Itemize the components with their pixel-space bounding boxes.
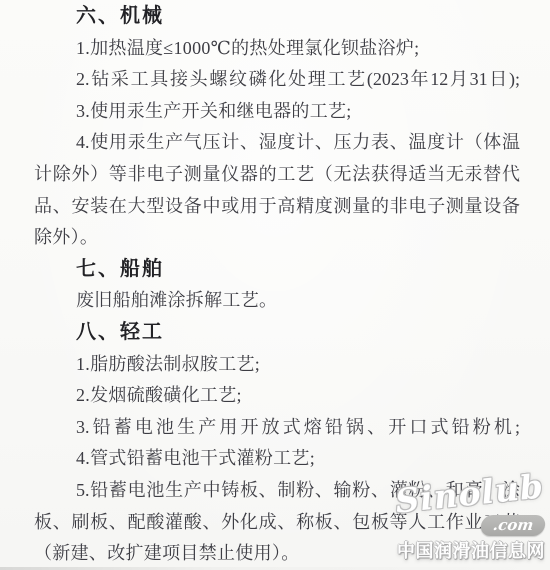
section-heading: 六、机械: [34, 1, 520, 33]
document-line: 2.发烟硫酸磺化工艺;: [34, 380, 520, 412]
document-line: 2.钻采工具接头螺纹磷化处理工艺(2023年12月31日);: [34, 64, 520, 96]
document-line: 板、刷板、配酸灌酸、外化成、称板、包板等人工作业工艺: [34, 507, 520, 539]
document-line: 计除外）等非电子测量仪器的工艺（无法获得适当无汞替代: [34, 159, 520, 191]
section-heading: 七、船舶: [34, 254, 520, 286]
document-line: 4.使用汞生产气压计、湿度计、压力表、温度计（体温: [34, 127, 520, 159]
document-line: 4.管式铅蓄电池干式灌粉工艺;: [34, 443, 520, 475]
document-line: 3.使用汞生产开关和继电器的工艺;: [34, 96, 520, 128]
section-heading: 八、轻工: [34, 317, 520, 349]
document-page: 六、机械1.加热温度≤1000℃的热处理氯化钡盐浴炉;2.钻采工具接头螺纹磷化处…: [0, 0, 550, 570]
document-line: 3.铅蓄电池生产用开放式熔铅锅、开口式铅粉机;: [34, 412, 520, 444]
document-line: 1.加热温度≤1000℃的热处理氯化钡盐浴炉;: [34, 33, 520, 65]
document-line: 废旧船舶滩涂拆解工艺。: [34, 285, 520, 317]
document-line: 5.铅蓄电池生产中铸板、制粉、输粉、灌粉、和膏、涂: [34, 475, 520, 507]
document-line: （新建、改扩建项目禁止使用）。: [34, 538, 520, 570]
document-line: 品、安装在大型设备中或用于高精度测量的非电子测量设备: [34, 191, 520, 223]
document-line: 1.脂肪酸法制叔胺工艺;: [34, 349, 520, 381]
document-line: 除外）。: [34, 222, 520, 254]
